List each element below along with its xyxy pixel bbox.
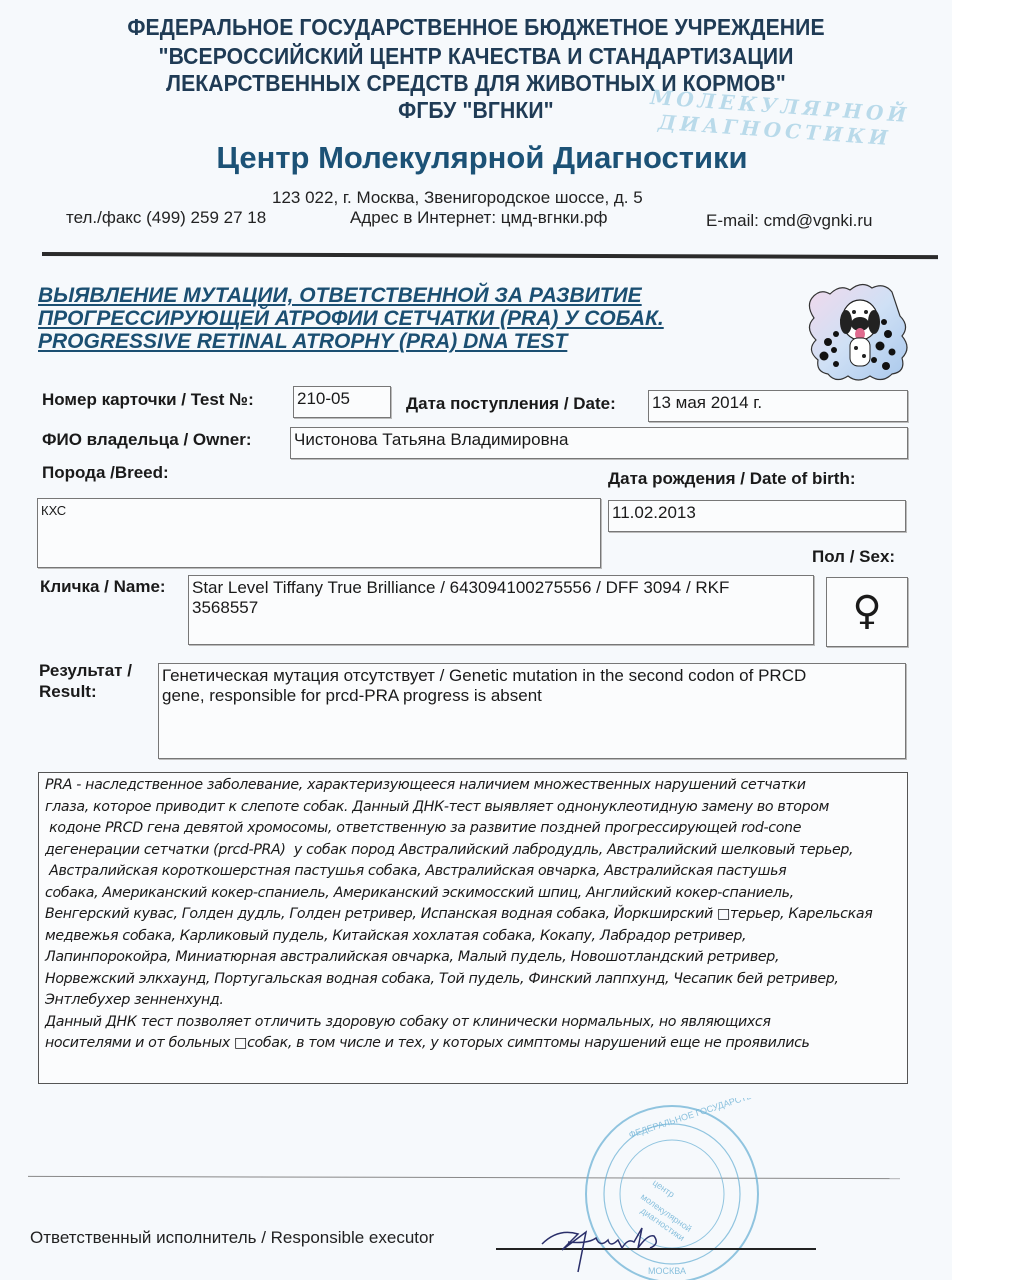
birth-date-field: 11.02.2013 <box>608 500 906 532</box>
description-line: глаза, которое приводит к слепоте собак.… <box>45 797 901 819</box>
svg-text:центр: центр <box>651 1177 677 1199</box>
responsible-executor-label: Ответственный исполнитель / Responsible … <box>30 1228 434 1248</box>
signature-icon <box>538 1214 688 1274</box>
description-line: медвежья собака, Карликовый пудель, Кита… <box>45 926 901 948</box>
result-label-en: Result: <box>39 681 132 702</box>
test-number-label: Номер карточки / Test №: <box>42 390 254 410</box>
org-name-line-1: ФЕДЕРАЛЬНОЕ ГОСУДАРСТВЕННОЕ БЮДЖЕТНОЕ УЧ… <box>38 14 914 41</box>
result-label-ru: Результат / <box>39 660 132 681</box>
test-title-line-1: ВЫЯВЛЕНИЕ МУТАЦИИ, ОТВЕТСТВЕННОЙ ЗА РАЗВ… <box>38 284 664 307</box>
website-link[interactable]: Адрес в Интернет: цмд-вгнки.рф <box>350 208 608 228</box>
test-title-line-3: PROGRESSIVE RETINAL ATROPHY (PRA) DNA TE… <box>38 330 664 353</box>
name-value-line-2: 3568557 <box>192 598 810 618</box>
center-name-title: Центр Молекулярной Диагностики <box>0 140 964 176</box>
description-line: Лапинпорокойра, Миниатюрная австралийска… <box>45 947 901 969</box>
test-number-field: 210-05 <box>293 386 391 418</box>
test-title-line-2: ПРОГРЕССИРУЮЩЕЙ АТРОФИИ СЕТЧАТКИ (PRA) У… <box>38 307 664 330</box>
email-link[interactable]: E-mail: cmd@vgnki.ru <box>706 211 873 231</box>
description-line: кодоне PRCD гена девятой хромосомы, отве… <box>45 818 901 840</box>
description-line: Энтлебухер зенненхунд. <box>45 990 901 1012</box>
description-line: носителями и от больных □собак, в том чи… <box>45 1033 901 1055</box>
description-line: Венгерский кувас, Голден дудль, Голден р… <box>45 904 901 926</box>
phone-fax: тел./факс (499) 259 27 18 <box>66 208 266 228</box>
receipt-date-label: Дата поступления / Date: <box>406 394 616 414</box>
description-line: Австралийская короткошерстная пастушья с… <box>45 861 901 883</box>
description-line: Норвежский элкхаунд, Португальская водна… <box>45 969 901 991</box>
name-field: Star Level Tiffany True Brilliance / 643… <box>188 575 814 645</box>
name-label: Кличка / Name: <box>40 577 166 597</box>
svg-text:ФЕДЕРАЛЬНОЕ ГОСУДАРСТВЕННОЕ: ФЕДЕРАЛЬНОЕ ГОСУДАРСТВЕННОЕ <box>628 1098 780 1140</box>
owner-label: ФИО владельца / Owner: <box>42 430 252 450</box>
result-value-line-1: Генетическая мутация отсутствует / Genet… <box>162 666 902 686</box>
description-line: дегенерации сетчатки (prcd-PRA) у собак … <box>45 840 901 862</box>
test-title: ВЫЯВЛЕНИЕ МУТАЦИИ, ОТВЕТСТВЕННОЙ ЗА РАЗВ… <box>38 284 664 353</box>
name-value-line-1: Star Level Tiffany True Brilliance / 643… <box>192 578 810 598</box>
breed-field: КХС <box>37 498 601 568</box>
description-line: собака, Американский кокер-спаниель, Аме… <box>45 883 901 905</box>
result-value-line-2: gene, responsible for prcd-PRA progress … <box>162 686 902 706</box>
address: 123 022, г. Москва, Звенигородское шоссе… <box>272 188 643 208</box>
birth-date-label: Дата рождения / Date of birth: <box>608 469 856 489</box>
pra-description: PRA - наследственное заболевание, характ… <box>38 772 908 1084</box>
description-line: Данный ДНК тест позволяет отличить здоро… <box>45 1012 901 1034</box>
result-label: Результат / Result: <box>39 660 132 702</box>
female-symbol-icon: ♀ <box>826 577 908 647</box>
dalmatian-logo-icon <box>800 276 920 388</box>
owner-field: Чистонова Татьяна Владимировна <box>290 427 908 459</box>
description-line: PRA - наследственное заболевание, характ… <box>45 775 901 797</box>
breed-label: Порода /Breed: <box>42 463 169 483</box>
result-field: Генетическая мутация отсутствует / Genet… <box>158 663 906 759</box>
sex-label: Пол / Sex: <box>812 547 895 567</box>
org-name-line-2: "ВСЕРОССИЙСКИЙ ЦЕНТР КАЧЕСТВА И СТАНДАРТ… <box>38 43 914 70</box>
receipt-date-field: 13 мая 2014 г. <box>648 390 908 422</box>
